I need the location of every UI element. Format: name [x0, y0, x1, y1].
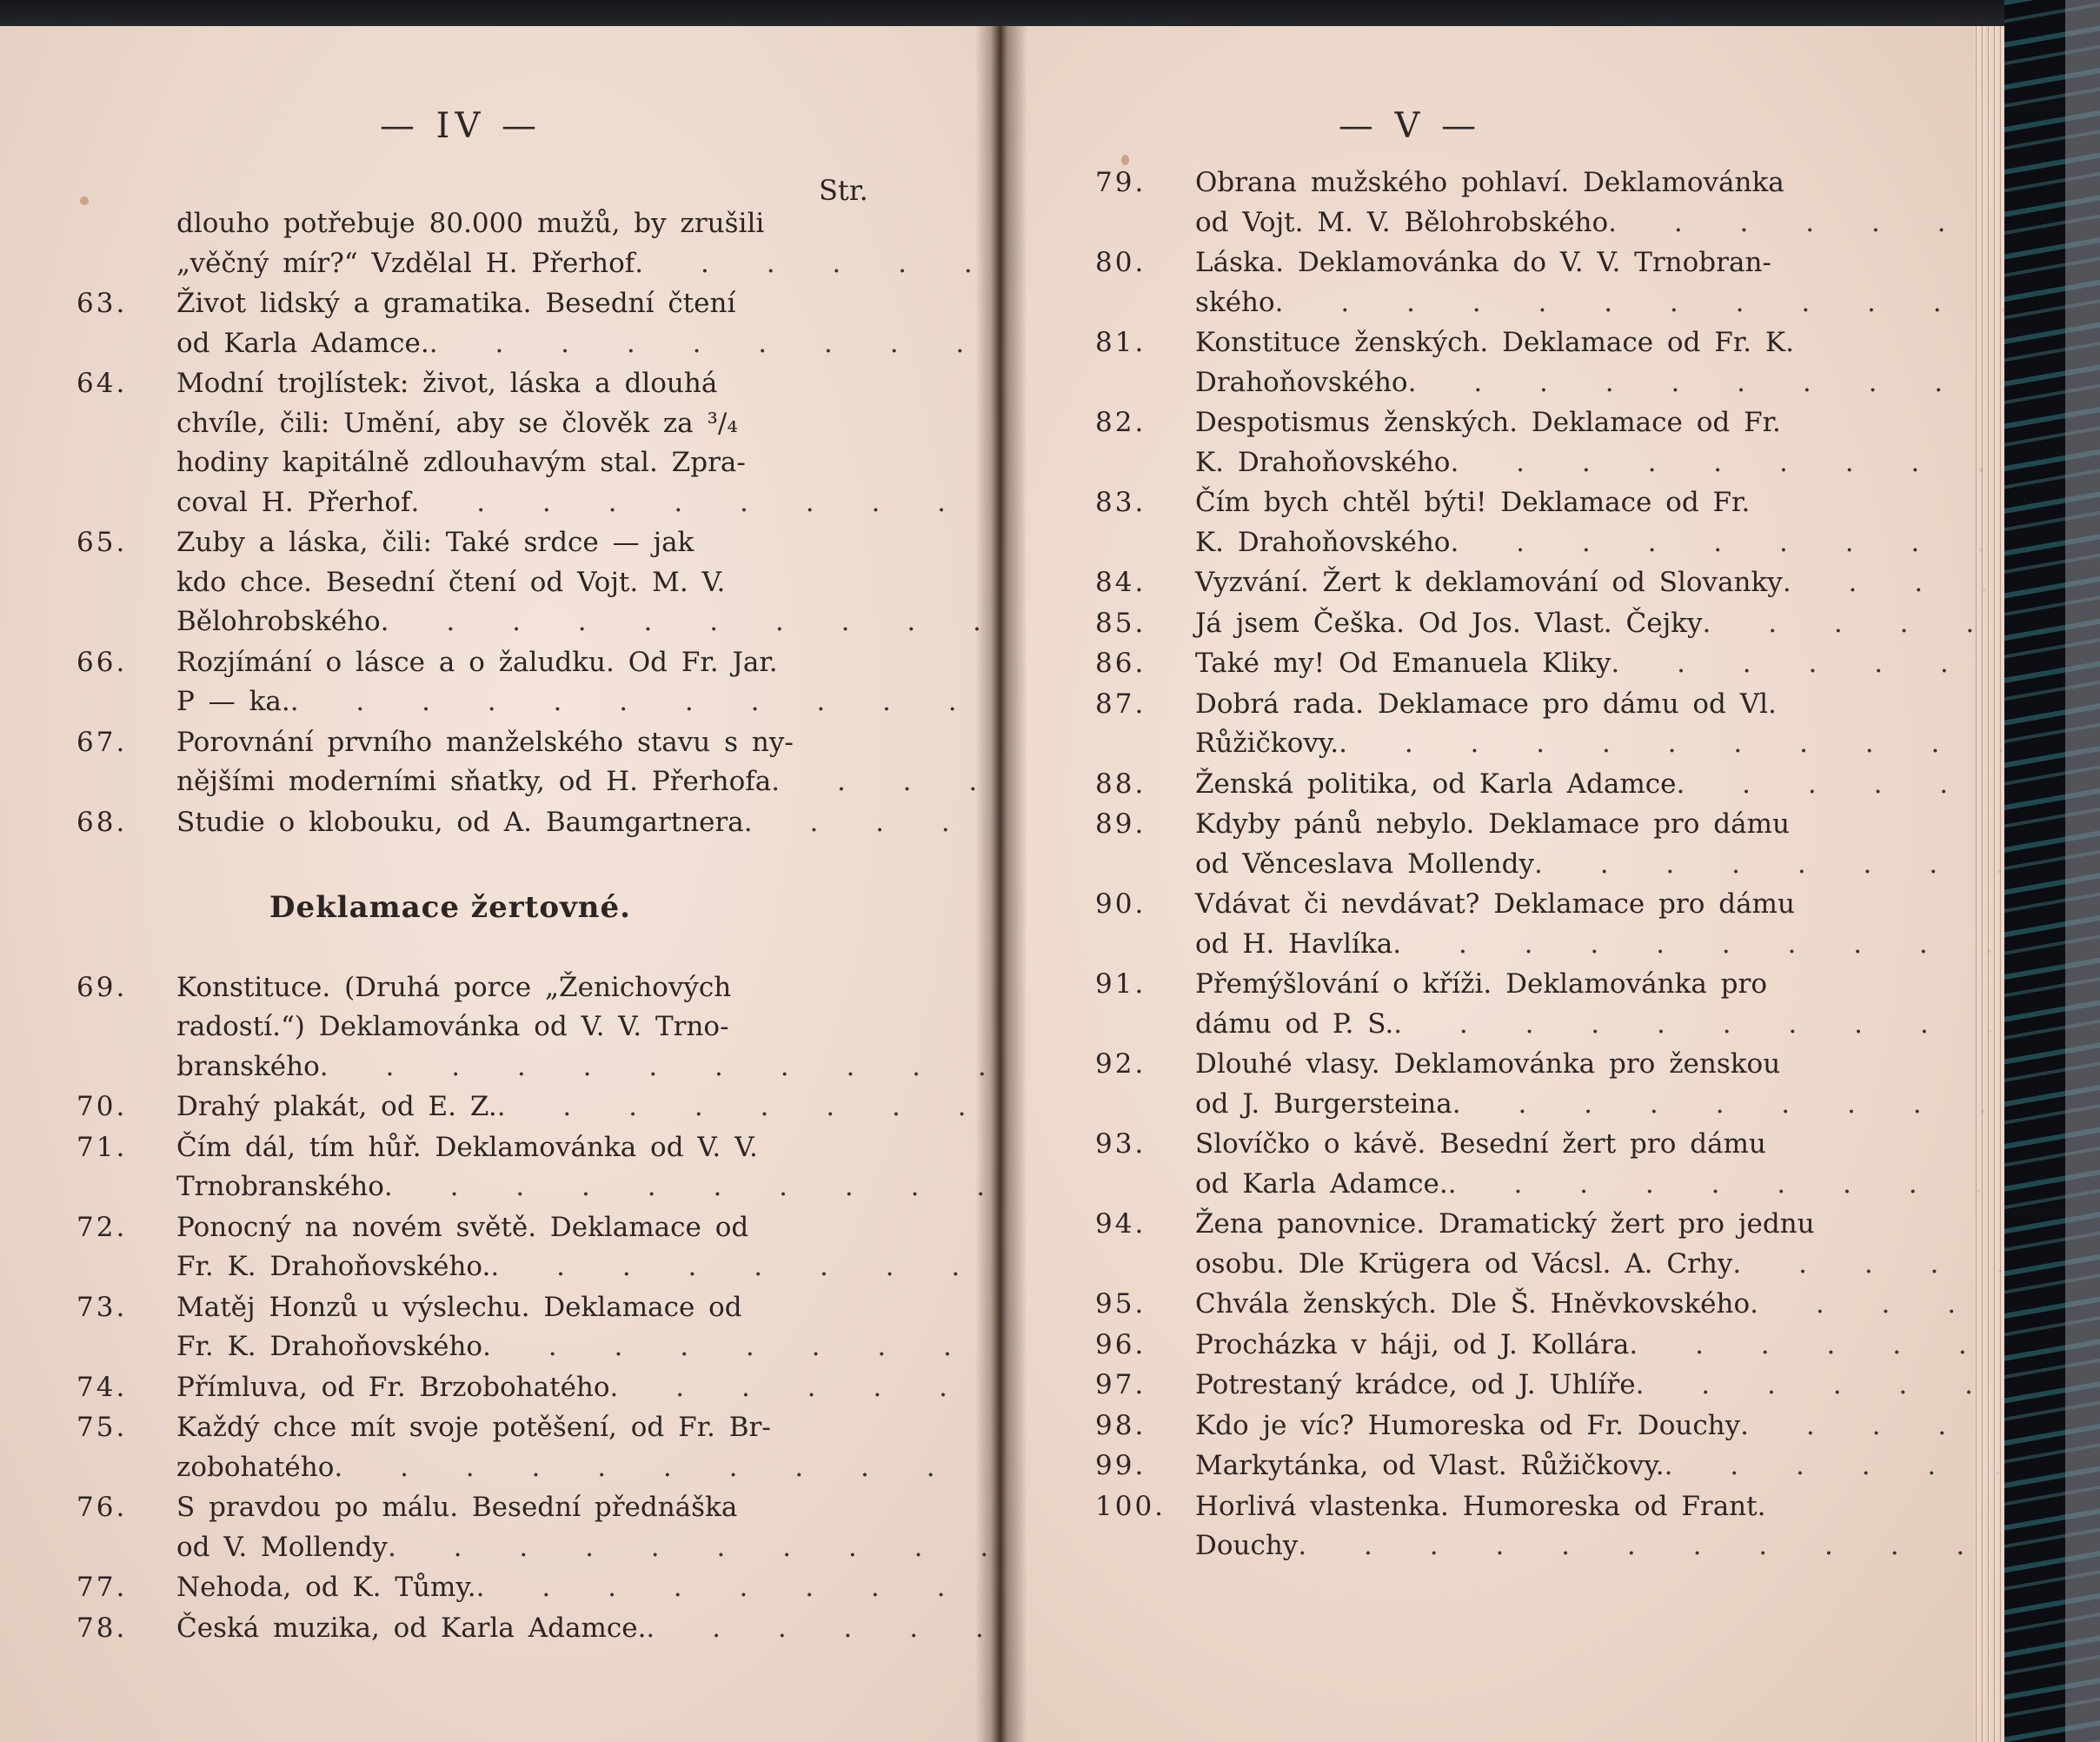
toc-entry-title: Slovíčko o kávě. Besední žert pro dámu [1195, 1125, 1766, 1165]
toc-entry-number: 99. [1095, 1446, 1195, 1486]
toc-entry: 94.Žena panovnice. Dramatický žert pro j… [1095, 1205, 1964, 1285]
toc-entry-title: Růžičkovy. [1195, 724, 1339, 764]
toc-entry: 75.Každý chce mít svoje potěšení, od Fr.… [76, 1408, 876, 1488]
toc-entry-number: 78. [76, 1609, 176, 1649]
toc-entry: dlouho potřebuje 80.000 mužů, by zrušili… [76, 204, 876, 284]
toc-entry-line: ského. . . . . . . . . . . . . . . . . .… [1195, 283, 2100, 324]
toc-entry-title: Matěj Honzů u výslechu. Deklamace od [176, 1288, 742, 1328]
toc-entry-number: 94. [1095, 1205, 1195, 1245]
toc-entry-line: Vyzvání. Žert k deklamování od Slovanky.… [1195, 563, 2100, 604]
toc-entry-title: hodiny kapitálně zdlouhavým stal. Zpra- [176, 443, 746, 483]
toc-entry-line: K. Drahoňovského. . . . . . . . . . . . … [1195, 523, 2100, 564]
toc-entry-line: od J. Burgersteina. . . . . . . . . . . … [1195, 1085, 2100, 1126]
toc-entry-title: Každý chce mít svoje potěšení, od Fr. Br… [176, 1408, 771, 1448]
toc-entry-line: Horlivá vlastenka. Humoreska od Frant. [1195, 1487, 2100, 1527]
toc-entry-body: Horlivá vlastenka. Humoreska od Frant.Do… [1195, 1487, 2100, 1567]
toc-entry-number: 85. [1095, 604, 1195, 644]
toc-entry-body: Obrana mužského pohlaví. Deklamovánkaod … [1195, 163, 2100, 243]
toc-entry-title: Fr. K. Drahoňovského. [176, 1247, 490, 1287]
toc-entry: 81.Konstituce ženských. Deklamace od Fr.… [1095, 323, 1964, 403]
toc-entry-line: Potrestaný krádce, od J. Uhlíře. . . . .… [1195, 1366, 2100, 1406]
toc-entry-title: Potrestaný krádce, od J. Uhlíře [1195, 1366, 1636, 1406]
toc-entry-number: 82. [1095, 403, 1195, 443]
toc-entry-body: Ženská politika, od Karla Adamce. . . . … [1195, 765, 2100, 806]
toc-entry-body: Despotismus ženských. Deklamace od Fr.K.… [1195, 403, 2100, 483]
toc-entry: 73.Matěj Honzů u výslechu. Deklamace odF… [76, 1288, 876, 1368]
toc-entry: 85.Já jsem Češka. Od Jos. Vlast. Čejky. … [1095, 604, 1964, 645]
toc-entry-title: Drahý plakát, od E. Z. [176, 1087, 497, 1127]
toc-entry: 83.Čím bych chtěl býti! Deklamace od Fr.… [1095, 483, 1964, 563]
toc-entry-line: Čím bych chtěl býti! Deklamace od Fr. [1195, 483, 2100, 523]
toc-entry-body: Vyzvání. Žert k deklamování od Slovanky.… [1195, 563, 2100, 604]
book-cover-right-edge [2004, 0, 2100, 1742]
toc-entry-title: Dlouhé vlasy. Deklamovánka pro ženskou [1195, 1045, 1780, 1085]
toc-entry-number: 70. [76, 1087, 176, 1127]
toc-entry-line: od H. Havlíka. . . . . . . . . . . . . .… [1195, 925, 2100, 966]
toc-entry-title: od Vojt. M. V. Bělohrobského [1195, 203, 1608, 243]
toc-entry-body: Také my! Od Emanuela Kliky. . . . . . . … [1195, 644, 2100, 685]
toc-entry-body: Kdo je víc? Humoreska od Fr. Douchy. . .… [1195, 1406, 2100, 1447]
toc-entry: 99.Markytánka, od Vlast. Růžičkovy.. . .… [1095, 1446, 1964, 1487]
toc-entry-number: 88. [1095, 765, 1195, 805]
toc-entry-number: 66. [76, 643, 176, 683]
toc-entry-line: Ženská politika, od Karla Adamce. . . . … [1195, 765, 2100, 806]
toc-entry-body: Dobrá rada. Deklamace pro dámu od Vl.Růž… [1195, 685, 2100, 765]
toc-entry-title: Čím bych chtěl býti! Deklamace od Fr. [1195, 483, 1750, 523]
toc-entry-number: 71. [76, 1128, 176, 1168]
toc-entry-body: Kdyby pánů nebylo. Deklamace pro dámuod … [1195, 805, 2100, 885]
toc-entry-number: 81. [1095, 323, 1195, 363]
toc-entry-title: Ponocný na novém světě. Deklamace od [176, 1208, 748, 1248]
toc-entry: 90.Vdávat či nevdávat? Deklamace pro dám… [1095, 885, 1964, 965]
toc-entry-title: S pravdou po málu. Besední přednáška [176, 1488, 737, 1528]
toc-entry-title: Despotismus ženských. Deklamace od Fr. [1195, 403, 1781, 443]
toc-entry-line: Kdo je víc? Humoreska od Fr. Douchy. . .… [1195, 1406, 2100, 1447]
toc-entry: 63.Život lidský a gramatika. Besední čte… [76, 284, 876, 364]
right-page-number-header: — V — [1297, 106, 1523, 146]
toc-entry: 97.Potrestaný krádce, od J. Uhlíře. . . … [1095, 1366, 1964, 1406]
toc-entry-number: 87. [1095, 685, 1195, 725]
toc-entry-title: Vdávat či nevdávat? Deklamace pro dámu [1195, 885, 1795, 925]
toc-entry-number: 93. [1095, 1125, 1195, 1165]
toc-entry: 93.Slovíčko o kávě. Besední žert pro dám… [1095, 1125, 1964, 1205]
toc-entry-line: od Karla Adamce.. . . . . . . . . . . . … [1195, 1165, 2100, 1206]
toc-entry-title: Markytánka, od Vlast. Růžičkovy. [1195, 1446, 1665, 1486]
page-column-label: Str. [819, 174, 868, 207]
toc-entry-title: Porovnání prvního manželského stavu s ny… [176, 723, 794, 763]
toc-entry-title: Obrana mužského pohlaví. Deklamovánka [1195, 163, 1784, 203]
toc-entry-title: Vyzvání. Žert k deklamování od Slovanky [1195, 563, 1783, 603]
toc-entry-number: 96. [1095, 1326, 1195, 1366]
toc-entry-title: Modní trojlístek: život, láska a dlouhá [176, 364, 717, 404]
toc-entry: 68.Studie o klobouku, od A. Baumgartnera… [76, 803, 876, 844]
toc-entry-title: nějšími moderními sňatky, od H. Přerhofa [176, 762, 771, 802]
toc-entry-title: Zuby a láska, čili: Také srdce — jak [176, 523, 694, 563]
toc-entry-number: 65. [76, 523, 176, 563]
toc-entry: 100.Horlivá vlastenka. Humoreska od Fran… [1095, 1487, 1964, 1567]
toc-entry-title: dámu od P. S. [1195, 1005, 1393, 1045]
toc-entry: 87.Dobrá rada. Deklamace pro dámu od Vl.… [1095, 685, 1964, 765]
toc-entry-title: K. Drahoňovského [1195, 443, 1450, 483]
toc-entry-title: radostí.“) Deklamovánka od V. V. Trno- [176, 1007, 729, 1047]
toc-entry-body: Slovíčko o kávě. Besední žert pro dámuod… [1195, 1125, 2100, 1205]
toc-entry: 70.Drahý plakát, od E. Z.. . . . . . . .… [76, 1087, 876, 1128]
toc-entry: 67.Porovnání prvního manželského stavu s… [76, 723, 876, 803]
toc-entry-number: 68. [76, 803, 176, 843]
toc-entry-title: K. Drahoňovského [1195, 523, 1450, 563]
toc-entry-number: 74. [76, 1368, 176, 1408]
toc-entry-body: Konstituce ženských. Deklamace od Fr. K.… [1195, 323, 2100, 403]
right-page: — V — 79.Obrana mužského pohlaví. Deklam… [993, 26, 2004, 1742]
toc-entry-title: Konstituce. (Druhá porce „Ženichových [176, 968, 731, 1008]
toc-entry: 69.Konstituce. (Druhá porce „Ženichových… [76, 968, 876, 1088]
toc-entry-number: 80. [1095, 243, 1195, 283]
toc-entry-number: 89. [1095, 805, 1195, 845]
toc-entry-body: Já jsem Češka. Od Jos. Vlast. Čejky. . .… [1195, 604, 2100, 645]
toc-entry-number: 69. [76, 968, 176, 1008]
toc-entry: 88.Ženská politika, od Karla Adamce. . .… [1095, 765, 1964, 806]
toc-entry-title: „věčný mír?“ Vzdělal H. Přerhof [176, 244, 635, 284]
toc-entry-title: Také my! Od Emanuela Kliky [1195, 644, 1611, 684]
toc-entry-title: Rozjímání o lásce a o žaludku. Od Fr. Ja… [176, 643, 778, 683]
toc-entry-line: Kdyby pánů nebylo. Deklamace pro dámu [1195, 805, 2100, 845]
left-page-number-header: — IV — [348, 106, 574, 146]
toc-entry-title: coval H. Přerhof [176, 483, 410, 523]
toc-entry-line: Já jsem Češka. Od Jos. Vlast. Čejky. . .… [1195, 604, 2100, 645]
toc-entry-line: Chvála ženských. Dle Š. Hněvkovského. . … [1195, 1285, 2100, 1326]
toc-entry-line: Konstituce ženských. Deklamace od Fr. K. [1195, 323, 2100, 363]
toc-entry-title: od Věnceslava Mollendy [1195, 845, 1534, 885]
toc-entry: 95.Chvála ženských. Dle Š. Hněvkovského.… [1095, 1285, 1964, 1326]
toc-entry: 74.Přímluva, od Fr. Brzobohatého. . . . … [76, 1368, 876, 1409]
toc-entry: 89.Kdyby pánů nebylo. Deklamace pro dámu… [1095, 805, 1964, 885]
toc-entry-line: Růžičkovy.. . . . . . . . . . . . . . . … [1195, 724, 2100, 765]
toc-entry-line: od Věnceslava Mollendy. . . . . . . . . … [1195, 845, 2100, 886]
toc-entry-body: Vdávat či nevdávat? Deklamace pro dámuod… [1195, 885, 2100, 965]
toc-entry-title: Douchy [1195, 1526, 1298, 1566]
toc-entry-title: Bělohrobského [176, 602, 381, 642]
toc-entry-title: chvíle, čili: Umění, aby se člověk za ³/… [176, 404, 738, 444]
toc-entry-title: Procházka v háji, od J. Kollára [1195, 1326, 1629, 1366]
toc-entry-title: Ženská politika, od Karla Adamce [1195, 765, 1676, 805]
toc-entry-line: Láska. Deklamovánka do V. V. Trnobran- [1195, 243, 2100, 283]
toc-entry-number: 63. [76, 284, 176, 324]
toc-entry-title: Fr. K. Drahoňovského [176, 1327, 482, 1367]
toc-entry-title: Přímluva, od Fr. Brzobohatého [176, 1368, 610, 1408]
toc-entry-number: 91. [1095, 965, 1195, 1005]
toc-entry-title: Čím dál, tím hůř. Deklamovánka od V. V. [176, 1128, 758, 1168]
toc-entry-number: 75. [76, 1408, 176, 1448]
toc-entry-title: Chvála ženských. Dle Š. Hněvkovského [1195, 1285, 1750, 1325]
toc-entry-title: Studie o klobouku, od A. Baumgartnera [176, 803, 744, 843]
toc-entry-number: 73. [76, 1288, 176, 1328]
toc-entry-number: 98. [1095, 1406, 1195, 1446]
toc-entries-group: 79.Obrana mužského pohlaví. Deklamovánka… [1095, 163, 1964, 1567]
toc-entry: 66.Rozjímání o lásce a o žaludku. Od Fr.… [76, 643, 876, 723]
section-heading: Deklamace žertovné. [76, 888, 876, 928]
toc-entry-title: Drahoňovského [1195, 363, 1408, 403]
toc-entry-title: Horlivá vlastenka. Humoreska od Frant. [1195, 1487, 1765, 1527]
toc-entry-title: od Karla Adamce. [1195, 1165, 1448, 1205]
toc-entry-title: Česká muzika, od Karla Adamce. [176, 1609, 646, 1649]
toc-entry: 65.Zuby a láska, čili: Také srdce — jakk… [76, 523, 876, 643]
toc-entry: 82.Despotismus ženských. Deklamace od Fr… [1095, 403, 1964, 483]
toc-entry-title: Dobrá rada. Deklamace pro dámu od Vl. [1195, 685, 1777, 725]
toc-entry-line: Také my! Od Emanuela Kliky. . . . . . . … [1195, 644, 2100, 685]
toc-entry-body: Přemýšlování o kříži. Deklamovánka prodá… [1195, 965, 2100, 1045]
toc-entry-line: Vdávat či nevdávat? Deklamace pro dámu [1195, 885, 2100, 925]
left-toc-list: dlouho potřebuje 80.000 mužů, by zrušili… [76, 204, 876, 1649]
toc-entry-title: od Karla Adamce. [176, 324, 429, 364]
toc-entry: 79.Obrana mužského pohlaví. Deklamovánka… [1095, 163, 1964, 243]
toc-entry-number: 64. [76, 364, 176, 404]
toc-entry: 96.Procházka v háji, od J. Kollára. . . … [1095, 1326, 1964, 1366]
toc-entry: 77.Nehoda, od K. Tůmy.. . . . . . . . . … [76, 1568, 876, 1609]
toc-entry: 98.Kdo je víc? Humoreska od Fr. Douchy. … [1095, 1406, 1964, 1447]
toc-entry-line: Despotismus ženských. Deklamace od Fr. [1195, 403, 2100, 443]
toc-entry-title: Konstituce ženských. Deklamace od Fr. K. [1195, 323, 1794, 363]
toc-entry-number: 90. [1095, 885, 1195, 925]
toc-entry: 92.Dlouhé vlasy. Deklamovánka pro žensko… [1095, 1045, 1964, 1125]
toc-entry-title: Trnobranského [176, 1167, 384, 1207]
toc-entry-line: Dlouhé vlasy. Deklamovánka pro ženskou [1195, 1045, 2100, 1085]
toc-entry-title: Kdo je víc? Humoreska od Fr. Douchy [1195, 1406, 1740, 1446]
toc-entry-body: Žena panovnice. Dramatický žert pro jedn… [1195, 1205, 2100, 1285]
toc-entry-title: Láska. Deklamovánka do V. V. Trnobran- [1195, 243, 1771, 283]
book-spread: — IV — Str. dlouho potřebuje 80.000 mužů… [0, 0, 2100, 1742]
toc-entry-body: Markytánka, od Vlast. Růžičkovy.. . . . … [1195, 1446, 2100, 1487]
toc-entry: 72.Ponocný na novém světě. Deklamace odF… [76, 1208, 876, 1288]
toc-entry-title: Kdyby pánů nebylo. Deklamace pro dámu [1195, 805, 1790, 845]
left-page: — IV — Str. dlouho potřebuje 80.000 mužů… [0, 26, 993, 1742]
toc-entry-body: Láska. Deklamovánka do V. V. Trnobran-sk… [1195, 243, 2100, 323]
toc-entry-number: 77. [76, 1568, 176, 1608]
toc-entry-number: 95. [1095, 1285, 1195, 1325]
toc-entry-title: od J. Burgersteina [1195, 1085, 1452, 1125]
toc-entry-number: 84. [1095, 563, 1195, 603]
toc-entry-number: 76. [76, 1488, 176, 1528]
toc-entry-title: Já jsem Češka. Od Jos. Vlast. Čejky [1195, 604, 1702, 644]
toc-entry-line: od Vojt. M. V. Bělohrobského. . . . . . … [1195, 203, 2100, 244]
toc-entry-number: 100. [1095, 1487, 1195, 1527]
toc-entry-number: 86. [1095, 644, 1195, 684]
toc-entries-group: 69.Konstituce. (Druhá porce „Ženichových… [76, 968, 876, 1650]
toc-entry-title: od V. Mollendy [176, 1528, 388, 1568]
toc-entry-title: kdo chce. Besední čtení od Vojt. M. V. [176, 563, 725, 603]
toc-entry: 71.Čím dál, tím hůř. Deklamovánka od V. … [76, 1128, 876, 1208]
toc-entry-title: P — ka. [176, 682, 290, 722]
toc-entry-line: Procházka v háji, od J. Kollára. . . . .… [1195, 1326, 2100, 1366]
toc-entry-number: 67. [76, 723, 176, 763]
toc-entry-title: Nehoda, od K. Tůmy. [176, 1568, 476, 1608]
toc-entry-line: Drahoňovského. . . . . . . . . . . . . .… [1195, 363, 2100, 404]
toc-entry-line: Markytánka, od Vlast. Růžičkovy.. . . . … [1195, 1446, 2100, 1487]
book-cover-top-edge [0, 0, 2100, 26]
toc-entry-number: 97. [1095, 1366, 1195, 1406]
toc-entry-title: branského [176, 1047, 320, 1087]
toc-entries-group: dlouho potřebuje 80.000 mužů, by zrušili… [76, 204, 876, 843]
toc-entry: 80.Láska. Deklamovánka do V. V. Trnobran… [1095, 243, 1964, 323]
toc-entry-line: Žena panovnice. Dramatický žert pro jedn… [1195, 1205, 2100, 1245]
toc-entry-line: Slovíčko o kávě. Besední žert pro dámu [1195, 1125, 2100, 1165]
toc-entry-title: Přemýšlování o kříži. Deklamovánka pro [1195, 965, 1767, 1005]
toc-entry-body: Chvála ženských. Dle Š. Hněvkovského. . … [1195, 1285, 2100, 1326]
toc-entry-title: od H. Havlíka [1195, 925, 1392, 965]
toc-entry: 76.S pravdou po málu. Besední přednáškao… [76, 1488, 876, 1568]
toc-entry-line: osobu. Dle Krügera od Vácsl. A. Crhy. . … [1195, 1245, 2100, 1286]
toc-entry-title: Žena panovnice. Dramatický žert pro jedn… [1195, 1205, 1815, 1245]
toc-entry-title: zobohatého [176, 1448, 334, 1488]
toc-entry-title: ského [1195, 283, 1275, 323]
toc-entry: 78.Česká muzika, od Karla Adamce.. . . .… [76, 1609, 876, 1650]
toc-entry-title: Život lidský a gramatika. Besední čtení [176, 284, 735, 324]
toc-entry-line: Přemýšlování o kříži. Deklamovánka pro [1195, 965, 2100, 1005]
toc-entry-body: Dlouhé vlasy. Deklamovánka pro ženskouod… [1195, 1045, 2100, 1125]
toc-entry-line: Dobrá rada. Deklamace pro dámu od Vl. [1195, 685, 2100, 725]
toc-entry-title: dlouho potřebuje 80.000 mužů, by zrušili [176, 204, 764, 244]
toc-entry-number: 83. [1095, 483, 1195, 523]
toc-entry-line: K. Drahoňovského. . . . . . . . . . . . … [1195, 443, 2100, 484]
toc-entry: 91.Přemýšlování o kříži. Deklamovánka pr… [1095, 965, 1964, 1045]
toc-entry-body: Potrestaný krádce, od J. Uhlíře. . . . .… [1195, 1366, 2100, 1406]
page-edge-stack [1973, 26, 2004, 1742]
toc-entry-line: Obrana mužského pohlaví. Deklamovánka [1195, 163, 2100, 203]
toc-entry-body: Procházka v háji, od J. Kollára. . . . .… [1195, 1326, 2100, 1366]
toc-entry-line: dámu od P. S.. . . . . . . . . . . . . .… [1195, 1005, 2100, 1046]
toc-entry-number: 79. [1095, 163, 1195, 203]
toc-entry-title: osobu. Dle Krügera od Vácsl. A. Crhy [1195, 1245, 1732, 1285]
toc-entry-number: 92. [1095, 1045, 1195, 1085]
toc-entry: 64.Modní trojlístek: život, láska a dlou… [76, 364, 876, 523]
toc-entry-line: Douchy. . . . . . . . . . . . . . . . . … [1195, 1526, 2100, 1567]
right-toc-list: 79.Obrana mužského pohlaví. Deklamovánka… [1095, 163, 1964, 1567]
toc-entry: 84.Vyzvání. Žert k deklamování od Slovan… [1095, 563, 1964, 604]
toc-entry-body: Čím bych chtěl býti! Deklamace od Fr.K. … [1195, 483, 2100, 563]
toc-entry: 86.Také my! Od Emanuela Kliky. . . . . .… [1095, 644, 1964, 685]
toc-entry-number: 72. [76, 1208, 176, 1248]
